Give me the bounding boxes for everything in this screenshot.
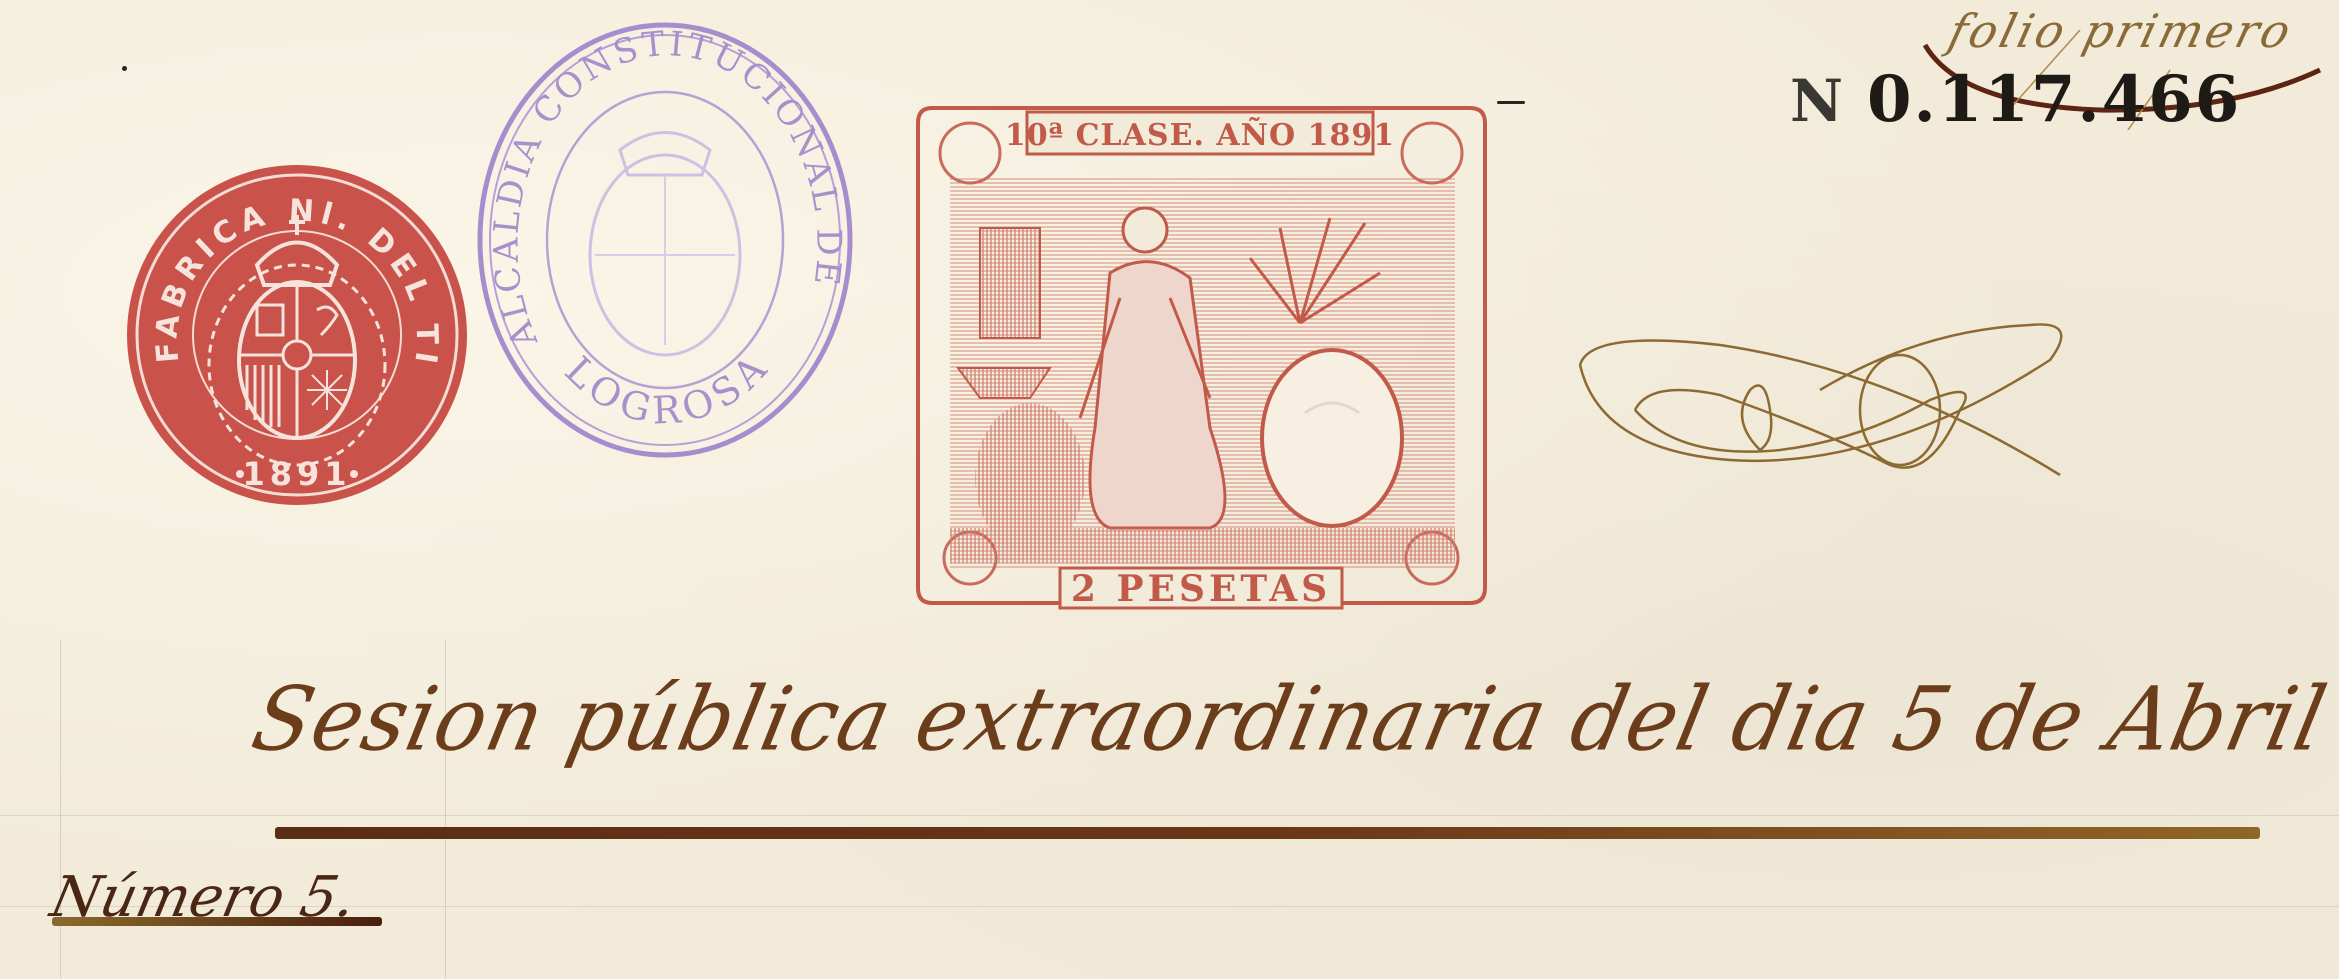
tax-stamp-value: 2 PESETAS — [1071, 568, 1331, 610]
signature-flourish-icon — [1560, 300, 2100, 490]
session-title-underline — [275, 827, 2260, 839]
seal-year: 1891 — [242, 455, 351, 493]
entry-number-underline — [52, 917, 382, 926]
municipal-oval-stamp-icon: ALCALDIA CONSTITUCIONAL DE LOGROSAN — [470, 15, 860, 465]
tax-stamp-2-pesetas: 10ª CLASE. AÑO 1891 2 PESETAS — [910, 98, 1492, 614]
coat-of-arms-seal-icon: FABRICA Nl. DEL TIMBRE 1891 — [122, 160, 472, 510]
seated-hispania-stamp-icon: 10ª CLASE. AÑO 1891 2 PESETAS — [910, 98, 1492, 614]
session-title: Sesion pública extraordinaria del dia 5 … — [244, 668, 2339, 771]
serial-prefix: N — [1790, 67, 1845, 135]
ruled-baseline — [0, 815, 2339, 816]
ink-mark — [1497, 101, 1525, 104]
serial-number: N0.117.466 — [1790, 62, 2241, 137]
svg-text:ALCALDIA CONSTITUCIONAL DE: ALCALDIA CONSTITUCIONAL DE — [486, 24, 848, 354]
fabrica-timbre-seal: FABRICA Nl. DEL TIMBRE 1891 — [122, 160, 472, 510]
ink-speck — [122, 66, 127, 71]
alcaldia-logrosan-stamp: ALCALDIA CONSTITUCIONAL DE LOGROSAN — [470, 15, 860, 465]
tax-stamp-header: 10ª CLASE. AÑO 1891 — [1005, 117, 1395, 153]
stamp-arc-text: ALCALDIA CONSTITUCIONAL DE — [486, 24, 848, 354]
serial-value: 0.117.466 — [1867, 62, 2241, 137]
